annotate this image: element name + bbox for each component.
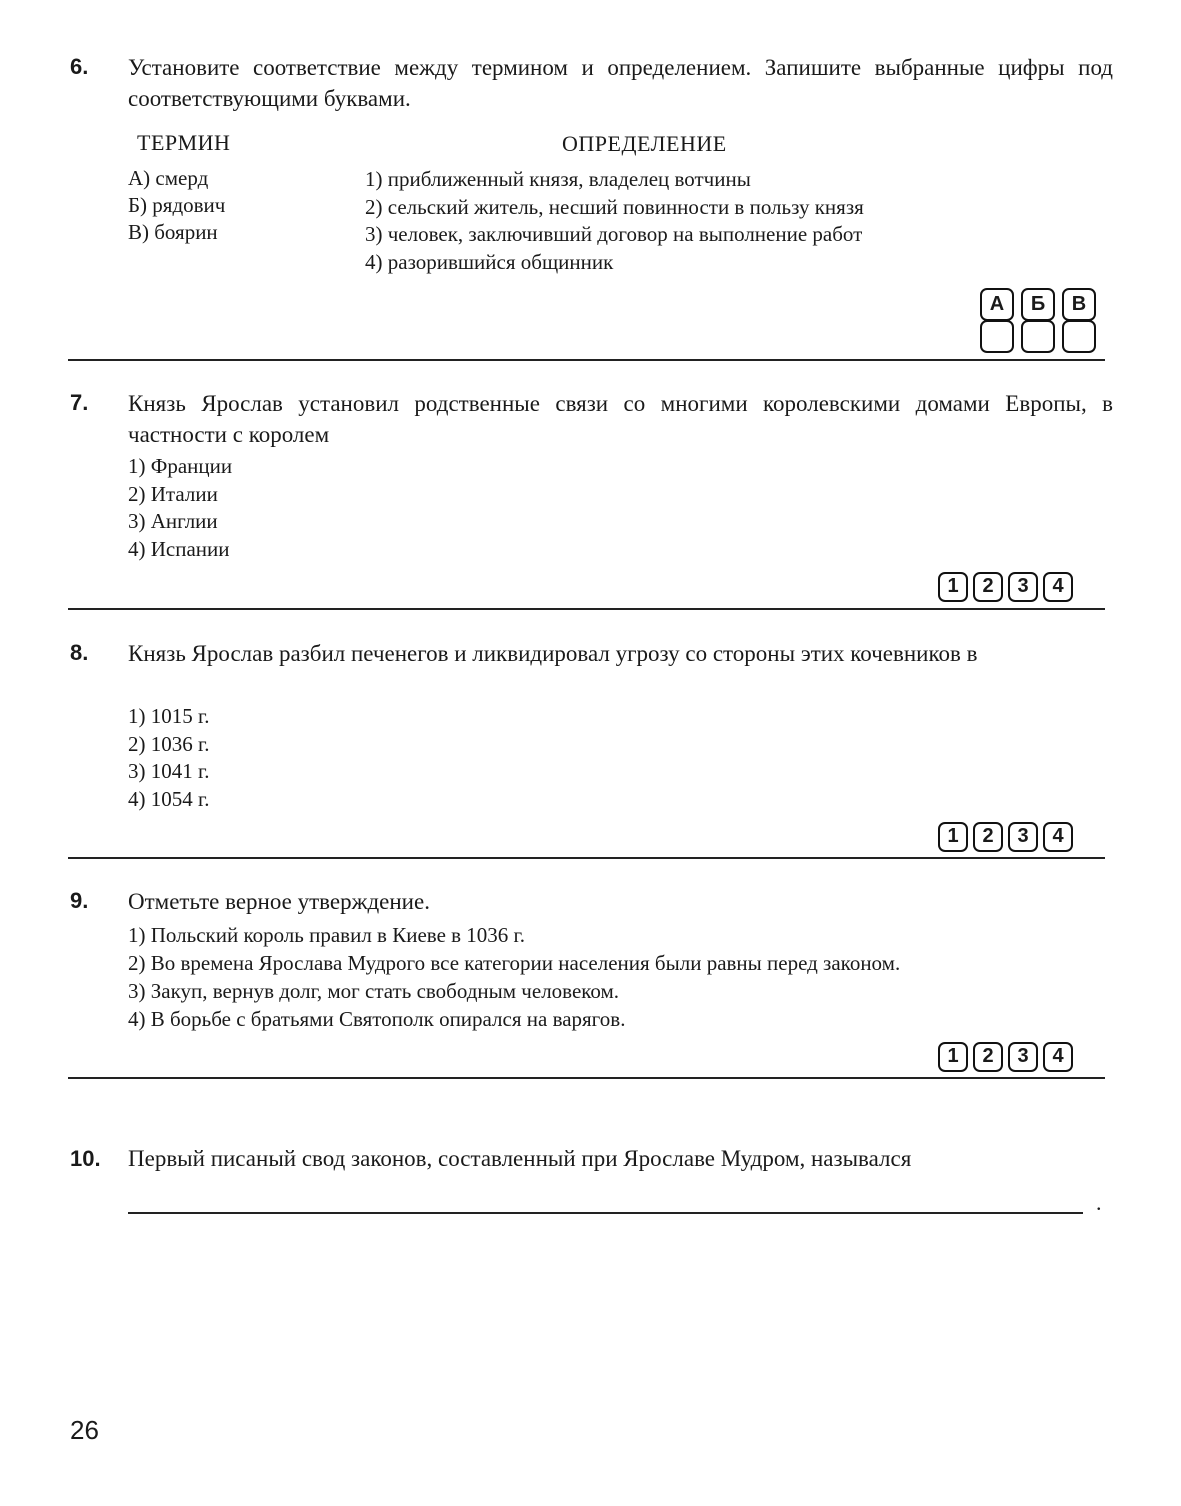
definition-item: 1) приближенный князя, владелец вотчины <box>365 165 751 193</box>
letter-label-a: А <box>980 288 1014 321</box>
page-number: 26 <box>70 1415 99 1446</box>
question-number: 9. <box>70 888 88 914</box>
question-number: 6. <box>70 54 88 80</box>
choice-box-2[interactable]: 2 <box>973 1042 1003 1072</box>
option-item: 3) Англии <box>128 507 218 535</box>
letter-label-v: В <box>1062 288 1096 321</box>
choice-box-1[interactable]: 1 <box>938 1042 968 1072</box>
question-number: 7. <box>70 390 88 416</box>
term-item: Б) рядович <box>128 191 225 219</box>
choice-box-2[interactable]: 2 <box>973 822 1003 852</box>
choice-box-4[interactable]: 4 <box>1043 1042 1073 1072</box>
letter-label-b: Б <box>1021 288 1055 321</box>
question-number: 8. <box>70 640 88 666</box>
term-item: В) боярин <box>128 218 218 246</box>
term-header: ТЕРМИН <box>137 130 230 156</box>
question-text: Первый писаный свод законов, составленны… <box>128 1143 1113 1174</box>
question-text: Установите соответствие между термином и… <box>128 52 1113 114</box>
option-item: 2) 1036 г. <box>128 730 210 758</box>
definition-item: 3) человек, заключивший договор на выпол… <box>365 220 862 248</box>
line-end-period: . <box>1096 1190 1102 1216</box>
answer-choices: 1 2 3 4 <box>938 822 1073 852</box>
answer-box-b[interactable] <box>1021 320 1055 353</box>
option-item: 2) Во времена Ярослава Мудрого все катег… <box>128 949 900 977</box>
option-item: 1) Франции <box>128 452 232 480</box>
answer-choices: 1 2 3 4 <box>938 1042 1073 1072</box>
definition-header: ОПРЕДЕЛЕНИЕ <box>562 131 727 157</box>
option-item: 3) 1041 г. <box>128 757 210 785</box>
answer-box-a[interactable] <box>980 320 1014 353</box>
divider <box>68 359 1105 361</box>
choice-box-1[interactable]: 1 <box>938 822 968 852</box>
term-item: А) смерд <box>128 164 208 192</box>
answer-line[interactable] <box>128 1212 1083 1214</box>
option-item: 1) Польский король правил в Киеве в 1036… <box>128 921 525 949</box>
option-item: 4) Испании <box>128 535 230 563</box>
answer-choices: 1 2 3 4 <box>938 572 1073 602</box>
option-item: 3) Закуп, вернув долг, мог стать свободн… <box>128 977 619 1005</box>
choice-box-4[interactable]: 4 <box>1043 822 1073 852</box>
option-item: 4) В борьбе с братьями Святополк опиралс… <box>128 1005 625 1033</box>
answer-grid: А Б В <box>980 288 1096 352</box>
choice-box-2[interactable]: 2 <box>973 572 1003 602</box>
question-text: Князь Ярослав разбил печенегов и ликвиди… <box>128 638 1113 669</box>
choice-box-4[interactable]: 4 <box>1043 572 1073 602</box>
question-text: Князь Ярослав установил родственные связ… <box>128 388 1113 450</box>
choice-box-3[interactable]: 3 <box>1008 822 1038 852</box>
choice-box-1[interactable]: 1 <box>938 572 968 602</box>
option-item: 2) Италии <box>128 480 218 508</box>
option-item: 1) 1015 г. <box>128 702 210 730</box>
definition-item: 4) разорившийся общинник <box>365 248 613 276</box>
divider <box>68 857 1105 859</box>
choice-box-3[interactable]: 3 <box>1008 572 1038 602</box>
option-item: 4) 1054 г. <box>128 785 210 813</box>
divider <box>68 608 1105 610</box>
definition-item: 2) сельский житель, несший повинности в … <box>365 193 864 221</box>
question-number: 10. <box>70 1146 101 1172</box>
choice-box-3[interactable]: 3 <box>1008 1042 1038 1072</box>
question-text: Отметьте верное утверждение. <box>128 886 1113 917</box>
answer-box-v[interactable] <box>1062 320 1096 353</box>
divider <box>68 1077 1105 1079</box>
